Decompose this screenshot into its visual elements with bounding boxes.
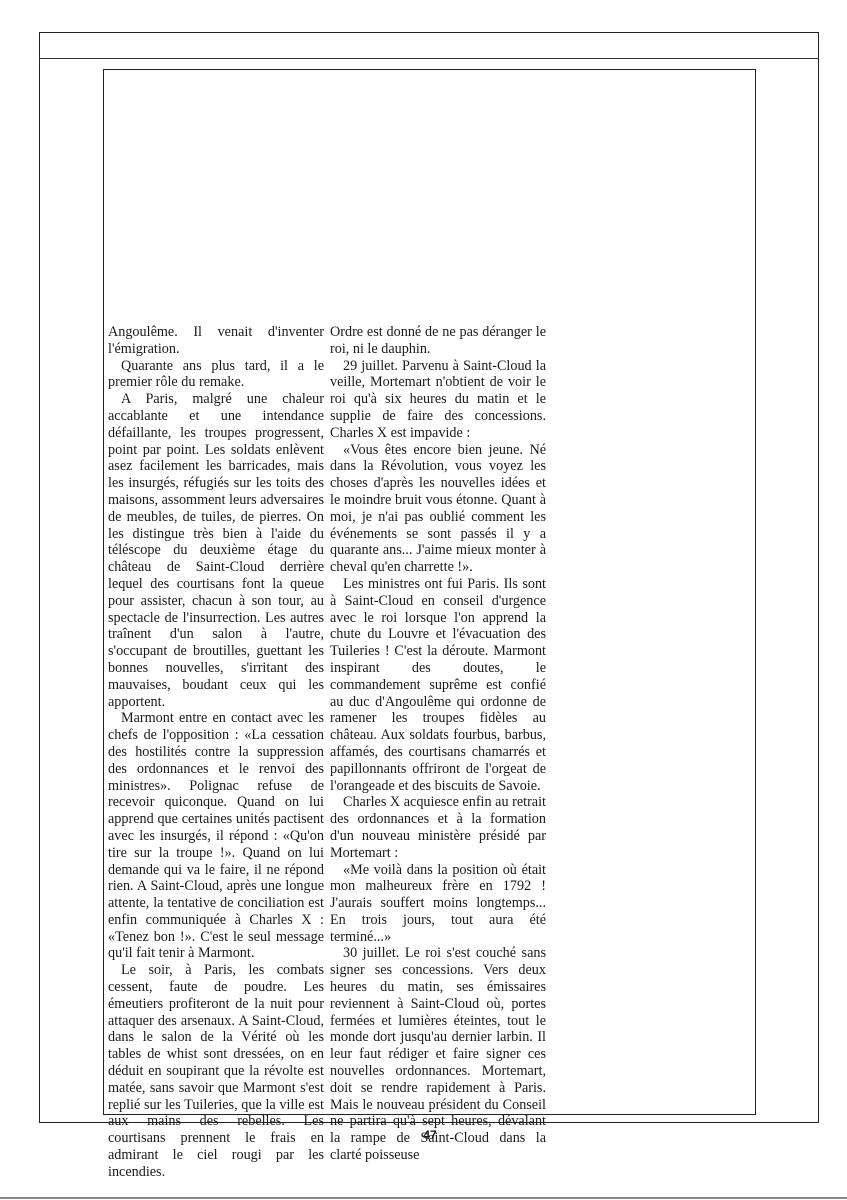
- page-number: 47: [415, 1128, 445, 1142]
- text-column-left: Angoulême. Il venait d'inventer l'émigra…: [108, 324, 324, 1181]
- paragraph: A Paris, malgré une chaleur accablante e…: [108, 391, 324, 710]
- paragraph: Ordre est donné de ne pas déranger le ro…: [330, 324, 546, 358]
- paragraph: Charles X acquiesce enfin au retrait des…: [330, 794, 546, 861]
- paragraph: Angoulême. Il venait d'inventer l'émigra…: [108, 324, 324, 358]
- text-column-right: Ordre est donné de ne pas déranger le ro…: [330, 324, 546, 1164]
- paragraph: Les ministres ont fui Paris. Ils sont à …: [330, 576, 546, 794]
- paragraph: Quarante ans plus tard, il a le premier …: [108, 358, 324, 392]
- paragraph: Le soir, à Paris, les combats cessent, f…: [108, 962, 324, 1180]
- blank-illustration-area: [104, 70, 755, 320]
- paragraph: «Me voilà dans la position où était mon …: [330, 862, 546, 946]
- header-rule: [39, 58, 819, 59]
- paragraph: 29 juillet. Parvenu à Saint-Cloud la vei…: [330, 358, 546, 442]
- paragraph: «Vous êtes encore bien jeune. Né dans la…: [330, 442, 546, 576]
- paragraph: Marmont entre en contact avec les chefs …: [108, 710, 324, 962]
- bottom-rule: [0, 1197, 847, 1199]
